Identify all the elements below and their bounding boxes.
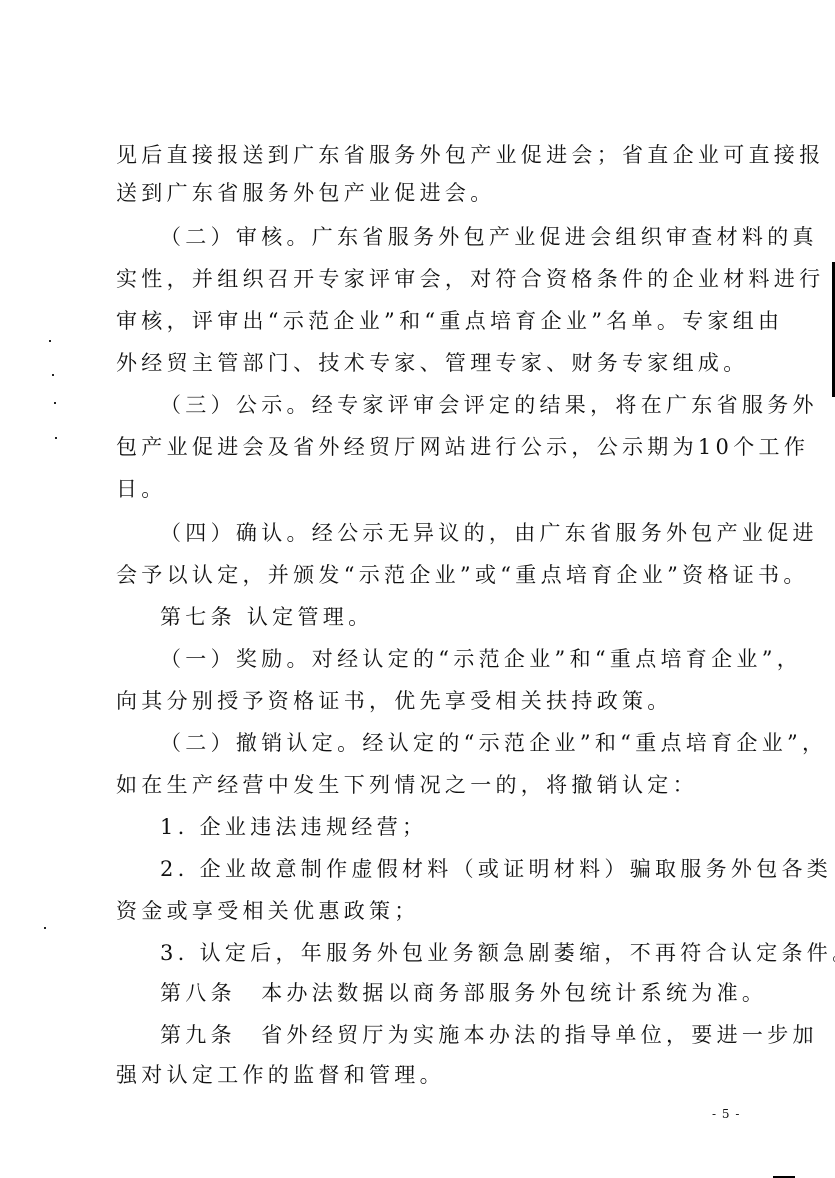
list-item: 2. 企业故意制作虚假材料（或证明材料）骗取服务外包各类 — [160, 854, 832, 884]
section-heading: 第八条 本办法数据以商务部服务外包统计系统为准。 — [160, 978, 767, 1008]
text-line: 日。 — [116, 474, 167, 504]
text-line: 如在生产经营中发生下列情况之一的，将撤销认定： — [116, 770, 698, 800]
text-line: （二）审核。广东省服务外包产业促进会组织审查材料的真 — [160, 222, 818, 252]
scan-speck — [55, 437, 57, 439]
text-line: 审核，评审出“示范企业”和“重点培育企业”名单。专家组由 — [116, 306, 783, 336]
text-line: 外经贸主管部门、技术专家、管理专家、财务专家组成。 — [116, 348, 749, 378]
document-page: 见后直接报送到广东省服务外包产业促进会；省直企业可直接报 送到广东省服务外包产业… — [0, 0, 835, 1178]
page-number: - 5 - — [712, 1107, 740, 1121]
list-item: 3. 认定后，年服务外包业务额急剧萎缩，不再符合认定条件。 — [160, 938, 835, 968]
text-line: （四）确认。经公示无异议的，由广东省服务外包产业促进 — [160, 518, 818, 548]
text-line: （三）公示。经专家评审会评定的结果，将在广东省服务外 — [160, 390, 818, 420]
text-line: 送到广东省服务外包产业促进会。 — [116, 178, 496, 208]
text-line: 会予以认定，并颁发“示范企业”或“重点培育企业”资格证书。 — [116, 560, 809, 590]
text-line: 资金或享受相关优惠政策； — [116, 896, 420, 926]
text-line: 强对认定工作的监督和管理。 — [116, 1060, 445, 1090]
section-heading: 第七条 认定管理。 — [160, 602, 373, 632]
scan-speck — [54, 402, 56, 404]
scan-speck — [49, 340, 51, 342]
scan-speck — [52, 374, 54, 376]
section-heading: 第九条 省外经贸厅为实施本办法的指导单位，要进一步加 — [160, 1020, 818, 1050]
text-line: 实性，并组织召开专家评审会，对符合资格条件的企业材料进行 — [116, 264, 824, 294]
text-line: （二）撤销认定。经认定的“示范企业”和“重点培育企业”， — [160, 728, 827, 758]
list-item: 1. 企业违法违规经营； — [160, 812, 427, 842]
text-line: （一）奖励。对经认定的“示范企业”和“重点培育企业”， — [160, 644, 802, 674]
text-line: 包产业促进会及省外经贸厅网站进行公示，公示期为10个工作 — [116, 432, 809, 462]
text-line: 向其分别授予资格证书，优先享受相关扶持政策。 — [116, 686, 673, 716]
text-line: 见后直接报送到广东省服务外包产业促进会；省直企业可直接报 — [116, 140, 824, 170]
scan-speck — [44, 927, 46, 929]
